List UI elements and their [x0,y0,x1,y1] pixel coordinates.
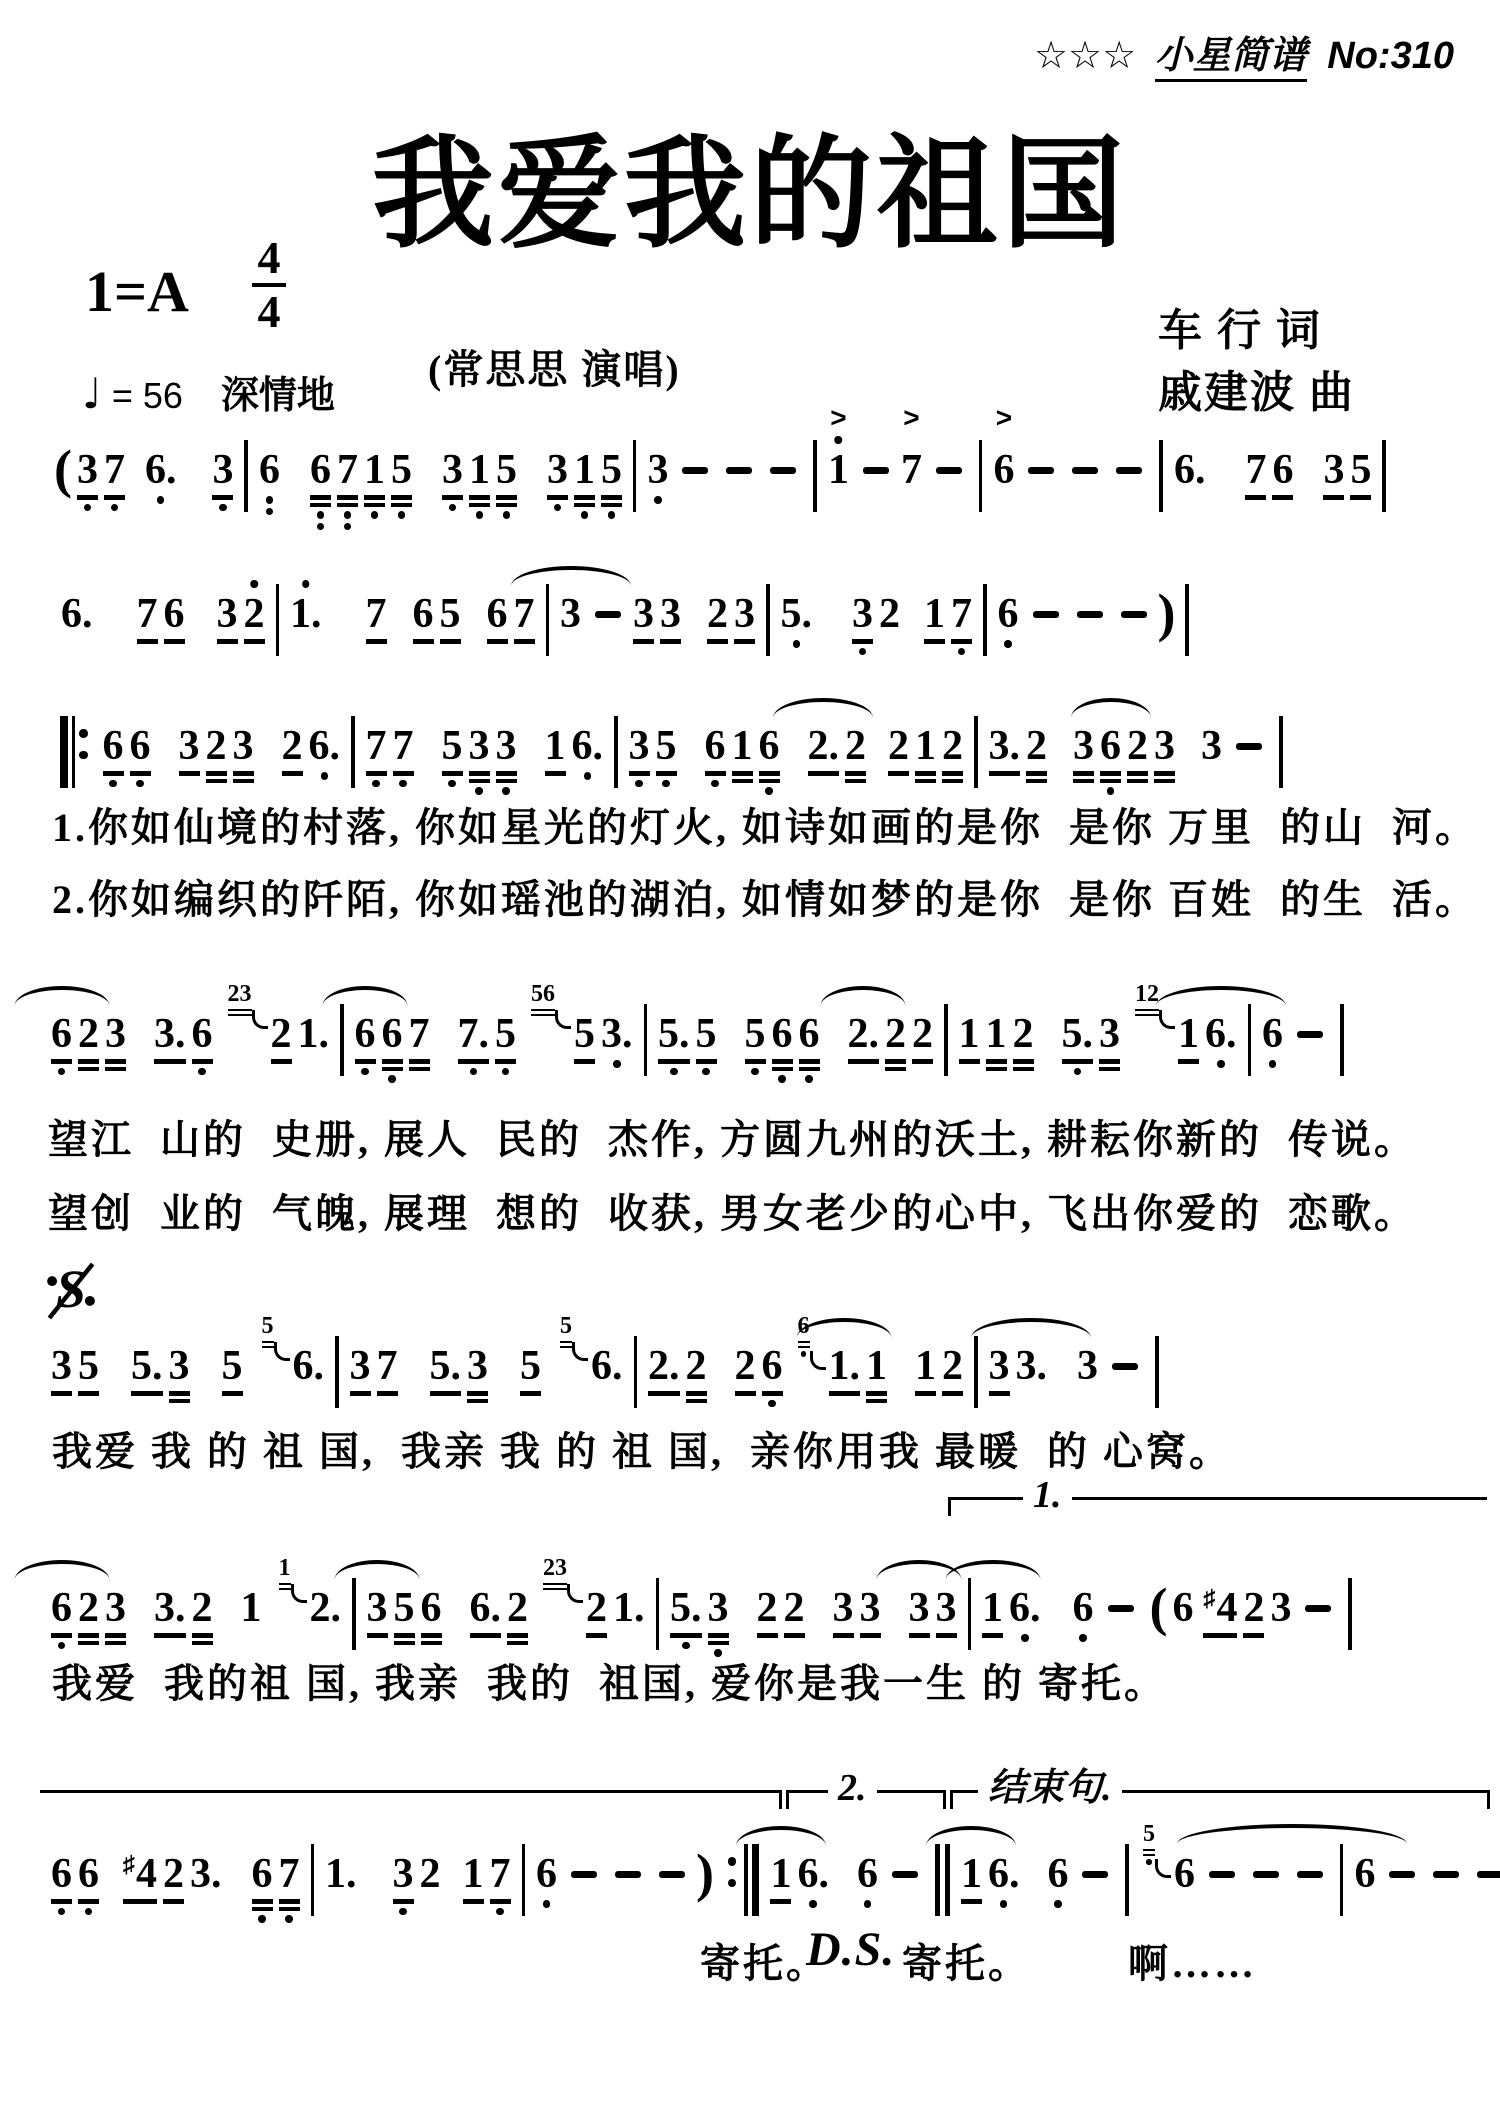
beam-line [757,1633,778,1638]
grace-beam [262,1341,274,1344]
repeat-dots-icon [79,729,88,759]
note-digit: 6 [998,592,1019,636]
note: 1 [571,448,598,519]
bar-stroke [335,1336,339,1408]
note-digit: 2 [244,592,265,636]
note-digit: 3 [1201,724,1222,768]
note-digit: 1 [924,592,945,636]
grace-hook-icon [252,1010,268,1029]
beam-line [391,495,412,500]
slur-arc-icon [736,1826,826,1846]
volta-1-bracket: 1. [948,1497,1487,1500]
beam-line [279,1899,300,1904]
barline-icon [1348,1578,1352,1650]
beam-line [382,1059,403,1064]
beam-line [51,1059,72,1064]
bar-stroke [935,1844,940,1916]
barline-icon [311,1844,315,1916]
octave-dot-below [317,523,325,531]
beam-line [279,1907,300,1912]
octave-dot-below [258,1915,266,1923]
note: >1 [825,448,852,492]
octave-dot-below [470,1068,478,1076]
beam-line [496,503,517,508]
note: 6 [189,1012,216,1075]
grace-beam [560,1341,572,1344]
note-digit: 2 [735,1344,756,1388]
octave-dot-below [502,1068,510,1076]
bar-stroke [1248,1004,1252,1076]
grace-note: 5 [560,1314,588,1348]
note: 3. [187,1852,225,1896]
note-digit: 3. [989,724,1021,768]
beam-line [212,495,233,500]
note: 6. [1006,1586,1044,1642]
bracket-tick [948,1497,951,1516]
beam-line [852,639,873,644]
grace-hook-icon [810,1351,826,1370]
beam-line [759,771,780,776]
beam-line [1203,1633,1237,1638]
beam-line [467,1399,488,1404]
grace-hook-icon [567,1584,583,1603]
sheet-music-page: ☆☆☆ 小星简谱 No:310 我爱我的祖国 1=A 4 4 ♩ = 56 深情… [0,0,1500,2121]
note-digit: 3 [660,592,681,636]
beam-line [660,639,681,644]
rest-dash-icon [1108,1605,1134,1612]
beam-line [169,1391,190,1396]
note: 5 [219,1344,246,1396]
beam-line [770,1899,791,1904]
barline-icon [546,584,550,656]
note: 3. [151,1586,189,1638]
bar-stroke [1382,440,1386,512]
octave-dot-below [475,787,483,795]
beam-line [1100,779,1121,784]
lyricist-credit: 车 行 词 [1158,294,1322,358]
note: 2 [203,724,230,783]
note: 6 [702,724,729,787]
rest-dash-icon [1209,1871,1235,1878]
note: 3 [1074,1344,1101,1388]
note-digit: 5. [1062,1012,1094,1056]
beam-line [137,639,158,644]
note: 6 [48,1852,75,1915]
note: 6 [769,1012,796,1083]
grace-note: 23 [228,982,268,1016]
note-digit: 3 [233,724,254,768]
note-digit: 2 [163,1852,184,1896]
note: 3 [1070,724,1097,783]
octave-dot-below [654,496,662,504]
note-digit: 5 [391,448,412,492]
octave-dot-below [502,787,510,795]
slur-arc-icon [511,566,631,586]
note-digit: 3 [179,724,200,768]
slur-arc-icon [14,986,109,1006]
note: 2 [75,1012,102,1071]
note: 6 [1169,1586,1196,1630]
note: 1 [912,1344,939,1396]
octave-dot-below [85,1908,93,1916]
octave-dot-below [371,511,379,519]
note-digit: 3 [217,592,238,636]
note-digit: 1 [915,1344,936,1388]
beam-line [310,495,331,500]
grace-hook-icon [1159,1010,1175,1029]
rest-dash-icon [1116,467,1142,474]
note-digit: 3 [350,1344,371,1388]
note-digit: 6. [1009,1586,1041,1630]
grace-body: 1 [279,1556,291,1590]
note: 2 [1124,724,1151,783]
note: 3. [598,1012,636,1068]
note-digit: 3 [560,592,581,636]
bar-stroke [968,1578,972,1650]
beam-line [1073,771,1094,776]
beam-line [163,1899,184,1904]
note-digit: ♯4 [1203,1586,1237,1630]
rest-dash-icon [1305,1605,1331,1612]
rest-dash-icon [595,611,621,618]
composer-credit: 戚建波 曲 [1158,356,1355,420]
barline-icon [1159,440,1163,512]
beam-line [252,1907,273,1912]
note-digit: 3 [169,1344,190,1388]
note-digit: 1. [298,1012,330,1056]
rest-dash-icon [1033,611,1059,618]
music-line-6: 6233.2112.3566.22321.5.322333316.6(6♯423 [48,1586,1360,1657]
note: 3 [166,1344,193,1403]
sharp-icon: ♯ [123,1852,135,1878]
note: 3 [986,1344,1013,1396]
octave-dot-below [809,1900,817,1908]
barline-icon [335,1336,339,1408]
note-digit: 6. [1205,1012,1237,1056]
note-digit: 7 [409,1012,430,1056]
note: 6 [484,592,511,644]
note-digit: 7 [104,448,125,492]
note-digit: 6 [759,724,780,768]
note: 3 [209,448,236,511]
bar-stroke [644,1004,648,1076]
note-digit: 5 [1350,448,1371,492]
beam-line [458,1059,490,1064]
note-digit: 1 [364,448,385,492]
grace-beam [1135,1014,1159,1017]
note-digit: 5 [574,1012,595,1056]
note-digit: 6 [310,448,331,492]
note-digit: 3 [633,592,654,636]
note-digit: 3 [1077,1344,1098,1388]
note: 2 [504,1586,531,1645]
note-digit: 7. [458,1012,490,1056]
beam-line [1245,495,1266,500]
note: 1 [466,448,493,519]
note-digit: 1 [828,448,849,492]
beam-line [866,1399,887,1404]
note: 6 [418,1586,445,1645]
beam-line [848,1059,880,1064]
beam-line [1127,779,1148,784]
note: 1 [921,592,948,644]
beam-line [1062,1059,1094,1064]
note-digit: 2 [282,724,303,768]
note: 6 [256,448,283,515]
note-digit: 2 [507,1586,528,1630]
note: 3 [48,1344,75,1396]
beam-line [936,1633,957,1638]
grace-beam [560,1346,572,1349]
note: 7 [276,1852,303,1923]
octave-dot-below [682,1642,690,1650]
beam-line [808,771,840,776]
beam-line [915,779,936,784]
bar-stroke [813,440,817,512]
note: 6 [249,1852,276,1923]
note: 2. [307,1586,345,1630]
note-digit: 5 [496,448,517,492]
bar-stroke [983,584,987,656]
meter-numerator: 4 [252,236,286,280]
grace-body: 5 [262,1314,274,1348]
barline-icon [1248,1004,1252,1076]
note-digit: 2 [757,1586,778,1630]
note: 5 [693,1012,720,1075]
note: 1 [983,1012,1010,1071]
beam-line [487,639,508,644]
rest-dash-icon [726,467,752,474]
note: 7 [363,592,390,644]
rest-dash-icon [936,467,962,474]
note: 3 [176,724,203,776]
slur-arc-icon [323,986,408,1006]
grace-beam [543,1583,567,1586]
note: 6 [75,1852,102,1915]
beam-line [574,503,595,508]
octave-dot-above [250,580,258,588]
note: >6 [990,448,1017,492]
note: 3 [214,592,241,644]
note: 1 [460,1852,487,1904]
note: 7 [511,592,538,644]
note: 2 [583,1586,610,1638]
octave-dot-below [285,1915,293,1923]
bar-stroke [634,1336,638,1408]
beam-line [745,1059,766,1064]
note: 3 [705,1586,732,1657]
note: 3 [466,724,493,795]
beam-line [1013,1059,1034,1064]
beam-line [909,1633,930,1638]
music-line-3: 6632326.7753316.356162.22123.236233 [52,724,1291,795]
barline-icon [244,440,248,512]
beam-line [772,1067,793,1072]
note: 6 [533,1852,560,1908]
beam-line [1127,771,1148,776]
octave-dot-below [496,1908,504,1916]
grace-digits: 1 [279,1556,291,1580]
octave-dot [801,1351,807,1357]
beam-line [658,1059,690,1064]
beam-line [469,495,490,500]
beam-line [409,1059,430,1064]
beam-line [1178,1059,1199,1064]
beam-line [78,1899,99,1904]
note: 3 [630,592,657,644]
beam-line [705,771,726,776]
grace-body: 23 [543,1556,567,1590]
note: 3 [439,448,466,511]
beam-line [105,1067,126,1072]
note: 2 [1010,1012,1037,1071]
note-digit: 1 [1178,1012,1199,1056]
rest-dash-icon [682,467,708,474]
note-digit: 6 [1100,724,1121,768]
octave-dot-below [778,1075,786,1083]
lyrics-verse-4: 望创 业的 气魄, 展理 想的 收获, 男女老少的心中, 飞出你爱的 恋歌。 [48,1182,1417,1239]
note-digit: 3 [1073,724,1094,768]
note-digit: 7 [951,592,972,636]
octave-dot-below [448,780,456,788]
note: 6 [1097,724,1124,795]
note-digit: 6. [309,724,341,768]
beam-line [942,771,963,776]
beam-line [784,1633,805,1638]
beam-line [633,639,654,644]
note: 1 [979,1586,1006,1638]
note-digit: 3 [442,448,463,492]
beam-line [490,1899,511,1904]
beam-line [708,1641,729,1646]
note-digit: 3 [393,1852,414,1896]
beam-line [364,503,385,508]
note: 6 [1171,1852,1198,1896]
note: 3 [544,448,571,511]
note: 6 [161,592,188,644]
slur-arc-icon [773,698,873,718]
octave-dot-below [1074,1068,1082,1076]
note-digit: 7 [366,592,387,636]
note: 2 [75,1586,102,1645]
beam-line [206,779,227,784]
beam-line [696,1059,717,1064]
note: 2 [160,1852,187,1904]
note-digit: 6 [772,1012,793,1056]
stars-icon: ☆☆☆ [1034,35,1136,77]
grace-beam [798,1346,810,1349]
octave-dot-above [302,580,310,588]
barline-icon [968,1578,972,1650]
note-digit: 6 [1073,1586,1094,1630]
note: 6 [48,1012,75,1075]
note: 3 [849,592,876,655]
tempo-marking: ♩ = 56 深情地 [82,364,335,419]
note-digit: 2 [586,1586,607,1630]
note: 6. [58,592,96,636]
beam-line [192,1059,213,1064]
beam-line [394,1633,415,1638]
note: ♯4 [120,1852,160,1904]
octave-dot-below [1021,1634,1029,1642]
bar-stroke [744,1844,748,1916]
music-line-5: 355.3556.375.3556.2.22661.11233.3 [48,1344,1167,1408]
beam-line [885,1059,906,1064]
octave-dot-below [765,787,773,795]
beam-line [1243,1633,1264,1638]
note: 5 [742,1012,769,1075]
lyrics-coda-3: 啊…… [1128,1932,1257,1989]
note-digit: 6 [993,448,1014,492]
note-digit: 2 [271,1012,292,1056]
octave-dot-below [476,511,484,519]
note: 5 [391,1586,418,1645]
octave-dot-below [266,508,274,516]
octave-dot-below [793,640,801,648]
ds-al-segno: D.S. [806,1922,895,1977]
note-digit: 7 [279,1852,300,1896]
barline-icon [351,716,355,788]
beam-line [51,1633,72,1638]
note-digit: 2 [942,724,963,768]
note-digit: 1 [915,724,936,768]
beam-line [799,1067,820,1072]
bar-stroke [276,584,280,656]
svg-text:S: S [56,1259,86,1319]
note-digit: 5 [745,1012,766,1056]
bar-stroke [352,1578,356,1650]
lyrics-coda-2: 寄托。 [902,1932,1031,1989]
beam-line [547,495,568,500]
beam-line [866,1391,887,1396]
rest-dash-icon [1297,1031,1323,1038]
beam-line [51,1899,72,1904]
note-digit: 2 [885,1012,906,1056]
slur-arc-icon [945,1560,1040,1580]
paren-mark: ) [1156,589,1178,637]
beam-line [942,779,963,784]
grace-beam [1135,1009,1159,1012]
beam-line [421,1633,442,1638]
lyrics-verse-1: 1.你如仙境的村落, 你如星光的灯火, 如诗如画的是你 是你 万里 的山 河。 [52,796,1478,853]
note-digit: 6 [192,1012,213,1056]
beam-line [1272,495,1293,500]
note: 3 [933,1586,960,1638]
slur-arc-icon [926,1826,1016,1846]
beam-line [364,495,385,500]
bar-stroke [974,716,978,788]
grace-beam [531,1009,555,1012]
note-digit: 6 [164,592,185,636]
note-digit: 3 [734,592,755,636]
octave-dot-below [503,511,511,519]
beam-line [799,1059,820,1064]
beam-line [959,1059,980,1064]
note: 2 [1023,724,1050,783]
beam-line [78,1633,99,1638]
beam-line [986,1059,1007,1064]
slur-arc-icon [335,1560,420,1580]
note-digit: 6 [1172,1586,1193,1630]
beam-line [915,771,936,776]
note: 5. [128,1344,166,1396]
note: 1. [610,1586,648,1630]
bar-stroke [340,1004,344,1076]
note: 6. [1202,1012,1240,1068]
bar-stroke [1279,716,1283,788]
note-digit: 2 [784,1586,805,1630]
barline-icon [1279,716,1283,788]
